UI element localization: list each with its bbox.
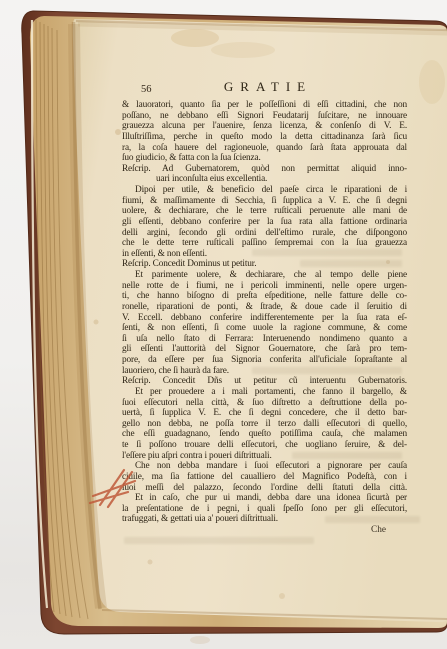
text-line: lauoriero, che ſi haurà da fare.	[122, 366, 407, 377]
text-line: ſi uſa nello ſtato di Ferrara: Interuene…	[122, 334, 407, 345]
text-line: & lauoratori, quanto ſia per le poſſeſſi…	[122, 100, 407, 111]
text-line: Et parimente uolere, & dechiarare, che a…	[122, 270, 407, 281]
text-line: gli eſſenti l'auttorità del Signor Gouer…	[122, 344, 407, 355]
text-line: fiumi, & maſſimamente di Secchia, ſi ſup…	[122, 196, 407, 207]
text-line: in eſſenti, & non eſſenti.	[122, 249, 407, 260]
running-title: GRATIE	[122, 80, 407, 94]
text-line: Reſcrip. Ad Gubernatorem, quòd non permi…	[122, 164, 407, 175]
text-line: nelle rotte de i fiumi, ne i pericoli im…	[122, 281, 407, 292]
text-line: Che non debba mandare i ſuoi eſſecutori …	[122, 461, 407, 472]
text-line: ti, che hanno biſogno di preſta eſpediti…	[122, 291, 407, 302]
book-photo: 56 GRATIE & lauoratori, quanto ſia per l…	[0, 0, 447, 649]
text-line: l'eſſere piu aſpri contra i poueri diſtr…	[122, 451, 407, 462]
text-line: delli argini, ſecondo gli ordini dell'eſ…	[122, 228, 407, 239]
page-content: 56 GRATIE & lauoratori, quanto ſia per l…	[0, 0, 447, 649]
text-line: uertà, ſi ſupplica V. E. che ſi degni co…	[122, 408, 407, 419]
text-line: ronelle, riparationi de ponti, & ſtrade,…	[122, 302, 407, 313]
text-line: uari inconſulta eius excellentia.	[122, 174, 407, 185]
text-line: grauezza alcuna per l'auenire, ſenza lic…	[122, 121, 407, 132]
text-line: trafuggati, & gettati uia a' poueri diſt…	[122, 514, 407, 525]
text-line: Et per prouedere a i mali portamenti, ch…	[122, 387, 407, 398]
text-line: uolere, & dechiarare, che le terre ruſti…	[122, 206, 407, 217]
text-line: ſenti, & non eſſenti, ſi come uuole la r…	[122, 323, 407, 334]
text-line: V. Eccell. debbano conferire indifferent…	[122, 313, 407, 324]
text-line: gello non debba, ne poſſa torre il terzo…	[122, 419, 407, 430]
text-line: ciuile, ma ſia fattione del caualliero d…	[122, 472, 407, 483]
text-block: & lauoratori, quanto ſia per le poſſeſſi…	[122, 100, 407, 525]
show-through-smudge	[124, 537, 314, 544]
text-line: te ſi poſſono trouare delli eſſecutori, …	[122, 440, 407, 451]
text-line: Et in caſo, che pur ui mandi, debba dare…	[122, 493, 407, 504]
text-line: la preſentatione de i pegni, i quali ſpe…	[122, 504, 407, 515]
text-line: ſuo giudicio, & fatta con la ſua ſcienza…	[122, 153, 407, 164]
text-line: pore, da eſſere per ſua Signoria conferi…	[122, 355, 407, 366]
catchword: Che	[122, 525, 407, 535]
text-line: poſſano, ne debbano eſſi Signori Feudata…	[122, 111, 407, 122]
text-line: ſuoi eſſecutori nella città, & ſuo diſtr…	[122, 398, 407, 409]
text-line: che le dette terre ruſticali paſſino ſem…	[122, 238, 407, 249]
text-line: ra, la coſa hauere del ragioneuole, quan…	[122, 143, 407, 154]
text-line: Reſcrip. Concedit Dominus ut petitur.	[122, 259, 407, 270]
text-line: Reſcrip. Concedit Dñs ut petitur cũ inte…	[122, 376, 407, 387]
text-line: gli eſſenti, debbano conferire per la ſu…	[122, 217, 407, 228]
text-line: che eſſi guadagnano, ſendo queſto potiſſ…	[122, 429, 407, 440]
text-line: Dipoi per utile, & beneficio del paeſe c…	[122, 185, 407, 196]
text-line: Illuſtriſſima, perche in queſto modo la …	[122, 132, 407, 143]
text-line: ſuoi meſſi del palazzo, ſecondo l'ordine…	[122, 483, 407, 494]
